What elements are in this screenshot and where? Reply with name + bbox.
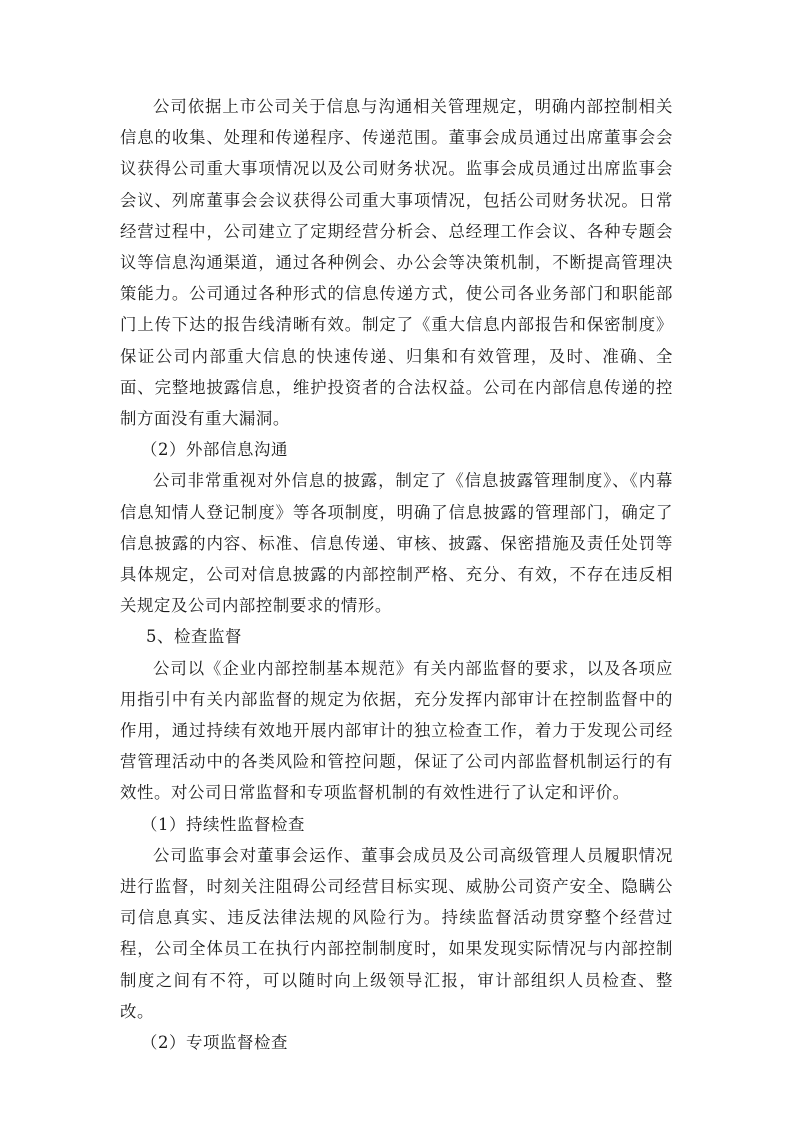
paragraph-continuous-supervision: 公司监事会对董事会运作、董事会成员及公司高级管理人员履职情况进行监督，时刻关注阻… bbox=[120, 840, 673, 1027]
document-page: 公司依据上市公司关于信息与沟通相关管理规定，明确内部控制相关信息的收集、处理和传… bbox=[120, 91, 673, 1058]
heading-special-supervision: （2）专项监督检查 bbox=[120, 1027, 673, 1058]
heading-inspection-supervision: 5、检查监督 bbox=[120, 621, 673, 652]
paragraph-internal-supervision: 公司以《企业内部控制基本规范》有关内部监督的要求，以及各项应用指引中有关内部监督… bbox=[120, 653, 673, 809]
heading-external-info-communication: （2）外部信息沟通 bbox=[120, 434, 673, 465]
heading-continuous-supervision: （1）持续性监督检查 bbox=[120, 809, 673, 840]
paragraph-external-info-disclosure: 公司非常重视对外信息的披露，制定了《信息披露管理制度》、《内幕信息知情人登记制度… bbox=[120, 465, 673, 621]
paragraph-internal-info-communication: 公司依据上市公司关于信息与沟通相关管理规定，明确内部控制相关信息的收集、处理和传… bbox=[120, 91, 673, 434]
